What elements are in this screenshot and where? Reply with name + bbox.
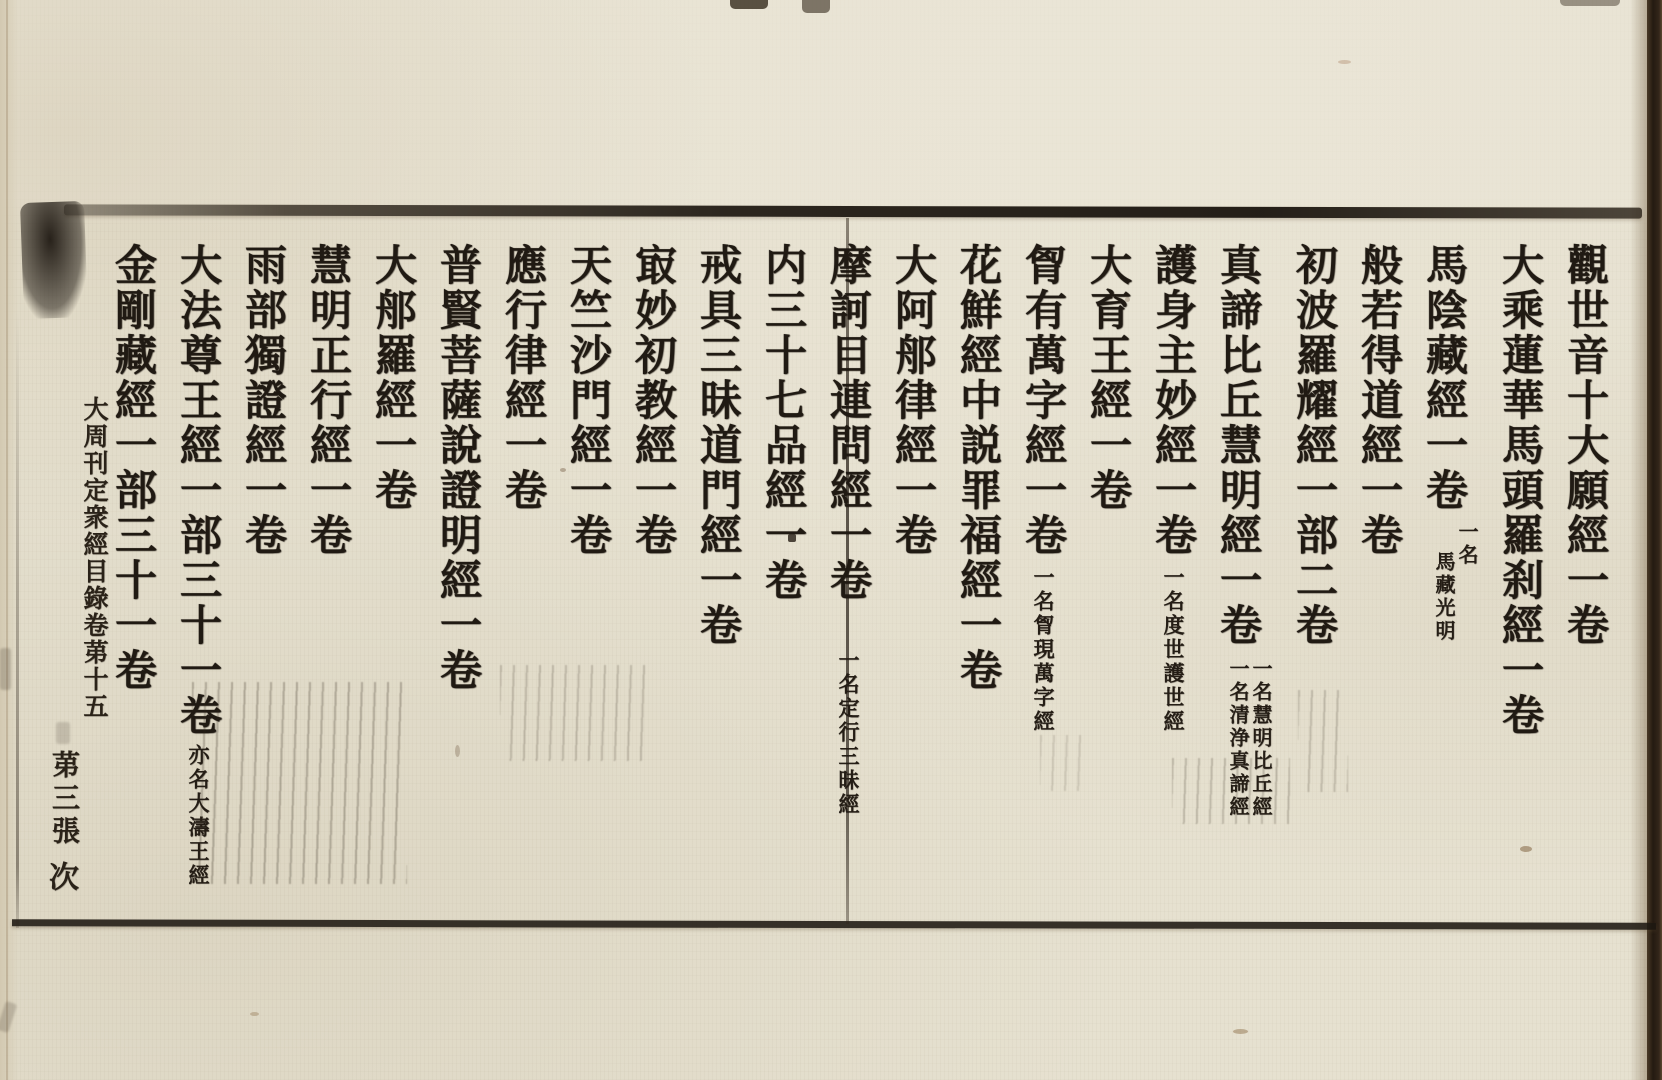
- entry-title: 應行律經一卷: [499, 243, 548, 513]
- top-edge-mark: [1560, 0, 1620, 6]
- entry-note: 一名度世護世經: [1161, 566, 1186, 734]
- catalog-entry: 花鮮經中説罪福經一卷: [955, 243, 1001, 958]
- paper-fleck: [250, 1012, 259, 1016]
- catalog-entry: 應行律經一卷: [500, 243, 546, 958]
- collation-mark: 次: [43, 861, 78, 896]
- entry-title: 戒具三昧道門經一卷: [694, 243, 743, 648]
- paper-fleck: [1338, 60, 1351, 64]
- entry-title: 金剛藏經一部三十一卷: [109, 243, 158, 693]
- catalog-entry: 摩訶目連問經一卷一名定行三昧經: [825, 243, 871, 958]
- catalog-entry: 大乘蓮華馬頭羅刹經一卷: [1497, 243, 1543, 958]
- entry-title: 觀世音十大願經一卷: [1561, 243, 1610, 648]
- catalog-entry: 金剛藏經一部三十一卷: [110, 243, 156, 958]
- catalog-entry: 㝡妙初教經一卷: [630, 243, 676, 958]
- entry-title: 雨部獨證經一卷: [239, 243, 288, 558]
- scan-right-edge: [1647, 0, 1662, 1080]
- entry-note-line: 一名清浄真諦經: [1226, 658, 1249, 819]
- paper-fleck: [1233, 1029, 1248, 1034]
- entry-note: 一名慧明比丘經一名清浄真諦經: [1226, 658, 1272, 819]
- catalog-entry: 大法尊王經一部三十一卷亦名大濤王經: [175, 243, 221, 958]
- scanned-catalog-page: 觀世音十大願經一卷 大乘蓮華馬頭羅刹經一卷 馬陰藏經一卷一名馬藏光明 般若得道經…: [0, 0, 1662, 1080]
- entry-note-line: 一名慧明比丘經: [1249, 658, 1272, 819]
- entry-title: 大法尊王經一部三十一卷: [174, 243, 223, 738]
- entry-title: 大乘蓮華馬頭羅刹經一卷: [1496, 243, 1545, 738]
- catalog-entry: 觀世音十大願經一卷: [1562, 243, 1608, 958]
- catalog-entry: 大阿郍律經一卷: [890, 243, 936, 958]
- punctuation-dot: [788, 534, 796, 542]
- fascicle-title-column: 大周刊定衆經目錄卷苐十五: [78, 396, 111, 720]
- entry-title: 花鮮經中説罪福經一卷: [954, 243, 1003, 693]
- entry-title: 大育王經一卷: [1084, 243, 1133, 513]
- catalog-entry: 天竺沙門經一卷: [565, 243, 611, 958]
- entry-note: 一名馬藏光明: [1432, 521, 1478, 643]
- entry-note-line: 一名: [1455, 521, 1478, 643]
- entry-title: 摩訶目連問經一卷: [824, 243, 873, 603]
- entry-title: 胷有萬字經一卷: [1019, 243, 1068, 558]
- entry-title: 大郍羅經一卷: [369, 243, 418, 513]
- entry-title: 馬陰藏經一卷: [1420, 243, 1469, 513]
- catalog-entry: 大郍羅經一卷: [370, 243, 416, 958]
- frame-corner-blob: [20, 201, 88, 319]
- sheet-number: 苐三張: [48, 750, 81, 849]
- entry-title: 初波羅耀經一部二卷: [1290, 243, 1339, 648]
- entry-title: 般若得道經一卷: [1355, 243, 1404, 558]
- catalog-entry: 雨部獨證經一卷: [240, 243, 286, 958]
- entry-note-line: 馬藏光明: [1432, 551, 1455, 643]
- entry-title: 真諦比丘慧明經一卷: [1214, 243, 1263, 648]
- entry-title: 大阿郍律經一卷: [889, 243, 938, 558]
- entry-title: 天竺沙門經一卷: [564, 243, 613, 558]
- catalog-entry: 胷有萬字經一卷一名胷現萬字經: [1020, 243, 1066, 958]
- ink-smudge: [0, 648, 11, 690]
- frame-top-border: [64, 204, 1642, 218]
- catalog-entry: 慧明正行經一卷: [305, 243, 351, 958]
- entry-note: 一名胷現萬字經: [1031, 566, 1056, 734]
- frame-left-border: [16, 310, 19, 928]
- ink-smudge: [56, 722, 70, 744]
- entry-title: 慧明正行經一卷: [304, 243, 353, 558]
- catalog-entry: 初波羅耀經一部二卷: [1291, 243, 1337, 958]
- sheet-number-column: 苐三張次: [46, 750, 82, 896]
- catalog-entries: 觀世音十大願經一卷 大乘蓮華馬頭羅刹經一卷 馬陰藏經一卷一名馬藏光明 般若得道經…: [91, 243, 1608, 958]
- entry-title: 内三十七品經一卷: [759, 243, 808, 603]
- catalog-entry: 戒具三昧道門經一卷: [695, 243, 741, 958]
- top-edge-mark: [730, 0, 768, 9]
- top-edge-mark: [802, 0, 830, 13]
- catalog-entry: 般若得道經一卷: [1356, 243, 1402, 958]
- entry-note: 亦名大濤王經: [186, 744, 211, 888]
- entry-title: 護身主妙經一卷: [1149, 243, 1198, 558]
- catalog-entry: 真諦比丘慧明經一卷一名慧明比丘經一名清浄真諦經: [1215, 243, 1272, 958]
- catalog-entry: 馬陰藏經一卷一名馬藏光明: [1421, 243, 1478, 958]
- catalog-entry: 普賢菩薩說證明經一卷: [435, 243, 481, 958]
- catalog-entry: 内三十七品經一卷: [760, 243, 806, 958]
- scan-left-crease: [6, 0, 8, 1080]
- entry-note: 一名定行三昧經: [836, 649, 861, 817]
- entry-title: 普賢菩薩說證明經一卷: [434, 243, 483, 693]
- entry-title: 㝡妙初教經一卷: [629, 243, 678, 558]
- catalog-entry: 護身主妙經一卷一名度世護世經: [1150, 243, 1196, 958]
- catalog-entry: 大育王經一卷: [1085, 243, 1131, 958]
